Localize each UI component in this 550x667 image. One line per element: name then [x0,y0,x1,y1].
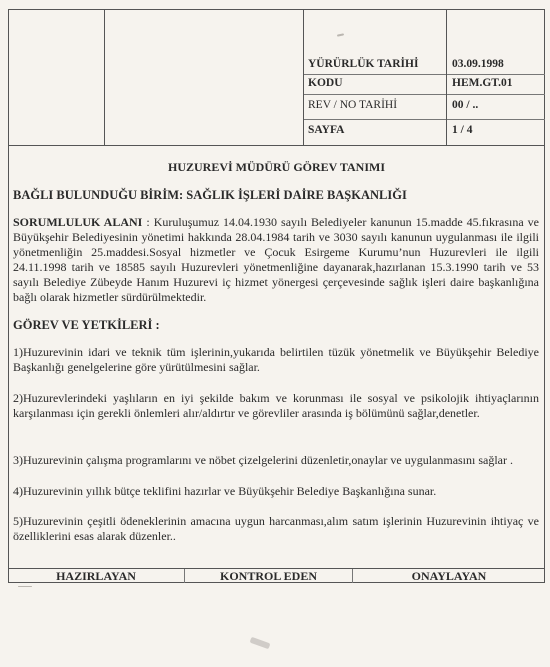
scan-mark [250,637,271,649]
meta-label: SAYFA [308,124,344,136]
responsibility-paragraph: SORUMLULUK ALANI : Kuruluşumuz 14.04.193… [13,215,539,305]
meta-label: YÜRÜRLÜK TARİHİ [308,58,418,70]
meta-row-effective-date: YÜRÜRLÜK TARİHİ 03.09.1998 [304,55,545,74]
meta-value: 1 / 4 [452,124,472,136]
meta-value: HEM.GT.01 [452,77,512,89]
duty-item-1: 1)Huzurevinin idari ve teknik tüm işleri… [13,345,539,375]
meta-value: 00 / .. [452,99,478,111]
duty-item-5: 5)Huzurevinin çeşitli ödeneklerinin amac… [13,514,539,544]
responsibility-label: SORUMLULUK ALANI [13,215,142,229]
meta-label: REV / NO TARİHİ [308,99,397,111]
signature-footer: HAZIRLAYAN KONTROL EDEN ONAYLAYAN [8,568,545,583]
duty-item-3: 3)Huzurevinin çalışma programlarını ve n… [13,453,539,468]
document-meta-table: YÜRÜRLÜK TARİHİ 03.09.1998 KODU HEM.GT.0… [304,9,545,146]
meta-row-revision: REV / NO TARİHİ 00 / .. [304,94,545,119]
duty-item-2: 2)Huzurevlerindeki yaşlıların en iyi şek… [13,391,539,421]
prepared-by-cell: HAZIRLAYAN [8,569,185,583]
scan-mark [18,586,32,587]
header-blank-cell [104,9,304,146]
duties-heading: GÖREV VE YETKİLERİ : [13,318,160,333]
meta-column-divider [446,9,447,146]
logo-cell [8,9,105,146]
affiliated-unit: BAĞLI BULUNDUĞU BİRİM: SAĞLIK İŞLERİ DAİ… [13,188,407,203]
approved-by-cell: ONAYLAYAN [353,569,545,583]
meta-row-code: KODU HEM.GT.01 [304,74,545,94]
meta-label: KODU [308,77,343,89]
checked-by-cell: KONTROL EDEN [185,569,353,583]
duty-item-4: 4)Huzurevinin yıllık bütçe teklifini haz… [13,484,539,499]
meta-value: 03.09.1998 [452,58,504,70]
document-title: HUZUREVİ MÜDÜRÜ GÖREV TANIMI [8,160,545,175]
meta-row-page: SAYFA 1 / 4 [304,119,545,146]
